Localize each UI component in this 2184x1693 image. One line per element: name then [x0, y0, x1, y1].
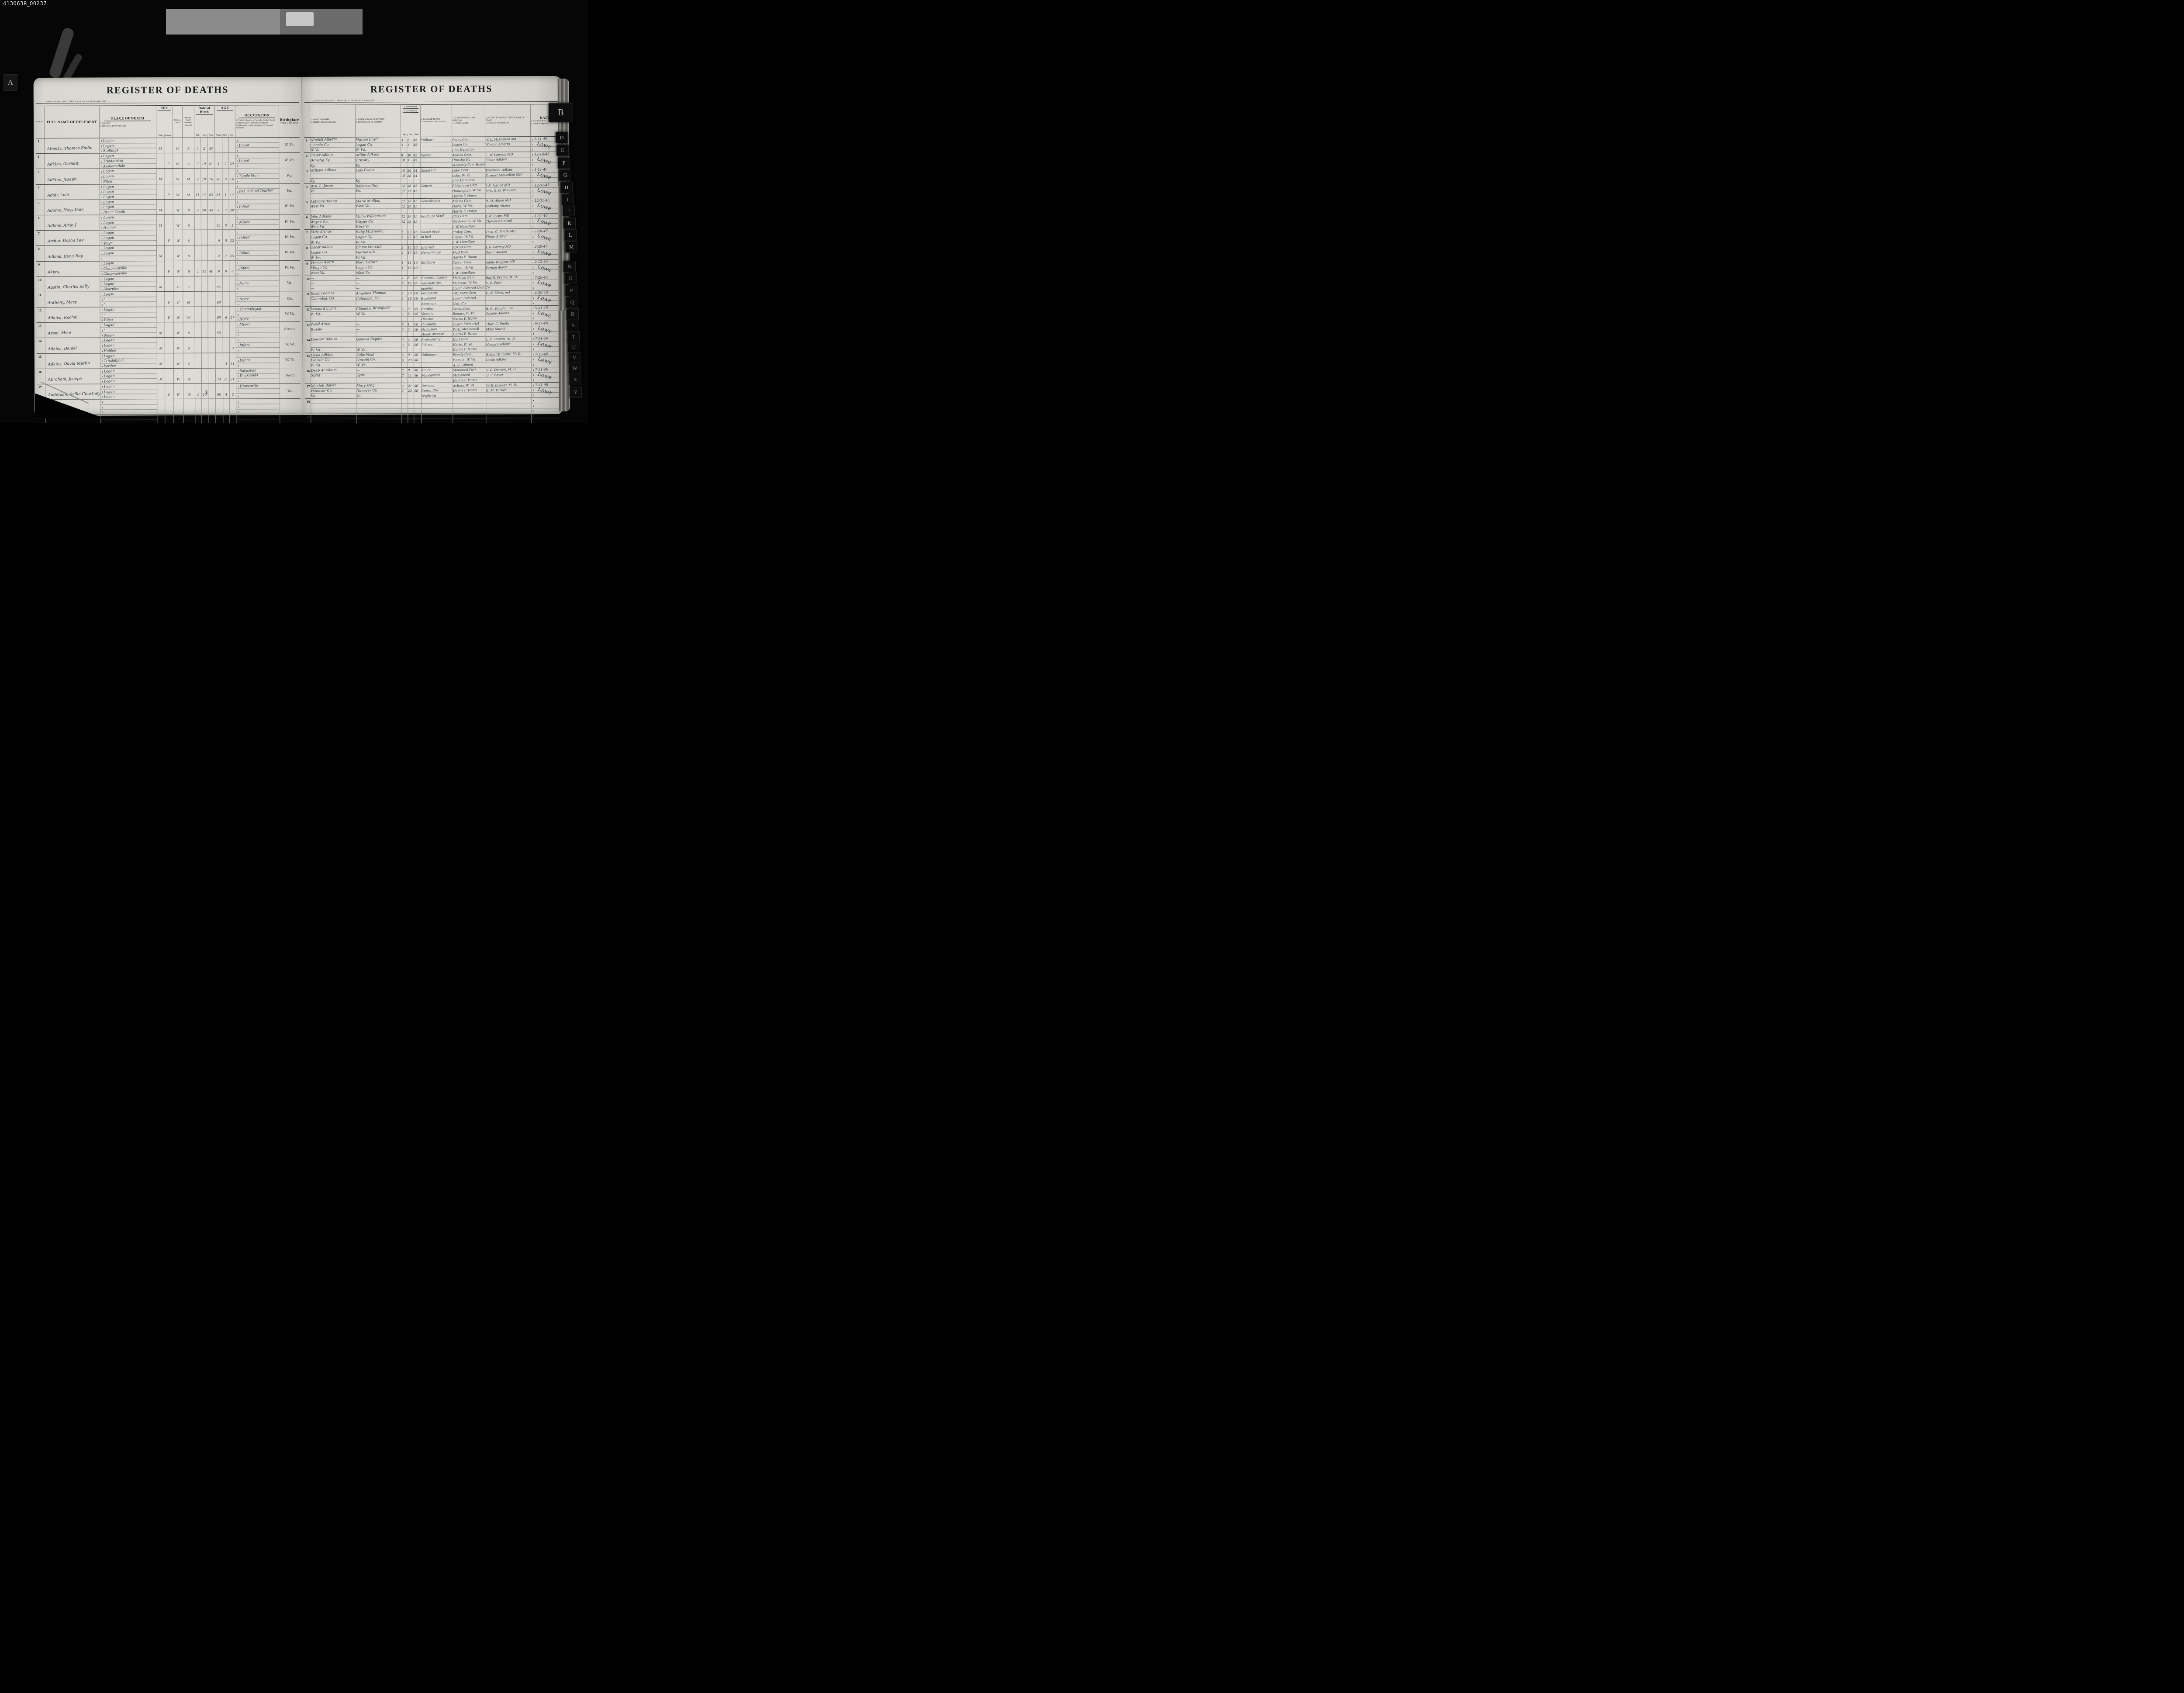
cell-marital: W: [183, 384, 195, 399]
cell-mother: [356, 414, 402, 423]
ruled-line: 14-29-46: [531, 290, 560, 296]
ruled-line: Coma, Chr.: [422, 388, 453, 394]
sex-value: F: [168, 301, 170, 304]
ruled-line: [402, 404, 408, 409]
decedent-name: Austin, Charles Sally: [48, 285, 90, 290]
birthplace-value: W. Va.: [284, 235, 295, 239]
ruled-line: 1Logan: [100, 138, 156, 143]
cell-date-day: 2628: [407, 168, 413, 183]
ruled-line: [402, 317, 408, 321]
line-marker: 2: [531, 236, 535, 239]
cell-date-year: 4646: [414, 229, 421, 244]
cell-decedent-name: Adkins, Garnett: [45, 154, 100, 169]
cell-physician-informant: W. E. Brewer, M. D.R. M. Parker: [486, 383, 532, 398]
ruled-line: 2Infant: [236, 235, 279, 240]
cell-mother-text: Angeline Thomas: [356, 291, 386, 296]
cell-place-of-death-text: Logan: [104, 282, 114, 287]
ruled-line: 6: [408, 276, 413, 281]
ruled-line: [486, 414, 531, 419]
ruled-line: Mrs. G. D. Woolard: [486, 188, 531, 193]
ruled-line: 3: [532, 316, 560, 321]
ruled-line: 46: [414, 383, 421, 388]
ruled-line: 23: [408, 388, 414, 394]
marital-value: S: [187, 255, 190, 258]
cell-cause-of-death-text: Found dead: [421, 230, 440, 234]
cell-date-year-text: 45: [413, 138, 417, 142]
cell-date-filed: Lowe14-29-4623: [531, 290, 560, 305]
color-value: W: [176, 208, 180, 212]
cell-date-year-text: 46: [414, 235, 418, 239]
ruled-line: [401, 270, 407, 275]
ruled-line: —: [311, 276, 356, 281]
row-number: 15: [305, 353, 311, 368]
cell-date-day: 23: [407, 137, 413, 152]
ruled-line: [402, 398, 408, 404]
cell-date-mth: 1212: [401, 199, 408, 214]
cell-sex-female: [165, 415, 174, 423]
cell-marital: M: [183, 184, 194, 199]
cell-date-mth-text: 7: [402, 389, 404, 393]
cell-place-of-death-text: Logan: [104, 323, 114, 328]
cell-color-race: W: [173, 307, 183, 322]
cell-age-mth: 4: [223, 353, 230, 368]
cell-mother: Mary KingHanover Co.Va.: [356, 383, 402, 398]
cell-mother: —Syria: [356, 368, 402, 383]
cell-physician-informant-text: Caudle Adkins: [486, 311, 509, 316]
cell-birthplace: W. Va.: [279, 138, 300, 152]
index-tab-I: I: [562, 194, 574, 205]
line-marker: 1: [100, 325, 104, 328]
cell-father-text: West Va.: [310, 204, 325, 209]
line-marker: 2: [531, 267, 535, 269]
ruled-line: 2: [532, 342, 560, 347]
cell-father-text: Anthony Adams: [310, 199, 337, 204]
cell-mother-text: Verdunville,: [356, 250, 377, 255]
cell-decedent-name: Adkins, Dona Ray: [45, 246, 100, 261]
cell-mother: Lois EvansKy.: [356, 168, 401, 183]
ruled-line: 11: [408, 373, 414, 378]
cell-age-mth: 0: [223, 261, 229, 276]
cell-place-of-death-text: Logan: [103, 139, 114, 143]
cell-occupation: 12Infant3: [236, 338, 280, 353]
line-marker: 1: [531, 139, 534, 142]
ruled-line: [408, 209, 413, 214]
cell-date-year: 4646: [414, 383, 422, 398]
line-marker: 3: [531, 165, 534, 167]
ruled-line: [414, 378, 421, 383]
cell-physician-informant: [486, 414, 532, 423]
cell-marital: S: [183, 245, 195, 260]
ruled-line: 1Logan: [100, 153, 156, 159]
date-subrow: MthDayYear: [401, 134, 420, 136]
line-marker: 1: [236, 201, 239, 204]
cell-father-text: West Va.: [311, 225, 325, 229]
ruled-line: [414, 398, 421, 404]
cell-physician-informant: H. H. Alden MDAnthony Adams: [486, 198, 531, 214]
ruled-line: Anthony Adams: [311, 199, 356, 204]
ruled-line: 3: [532, 332, 560, 336]
line-marker: 3: [100, 228, 104, 230]
ruled-line: 2: [100, 420, 157, 423]
cell-date-filed: Lowe112-14-4523: [531, 152, 559, 167]
ruled-line: 3: [100, 256, 156, 261]
cell-place-of-burial-text: Ormsby, Ky.: [452, 158, 471, 162]
cell-decedent-name: Arom, Mike: [45, 323, 100, 338]
ruled-line: 3: [236, 348, 280, 352]
ruled-line: 45: [413, 183, 420, 189]
cell-marital: S: [183, 215, 195, 230]
cell-birthplace: W. Va.: [280, 214, 300, 229]
ruled-line: 2: [236, 419, 280, 423]
sex-value: M: [159, 224, 162, 228]
cell-marital: S: [183, 353, 195, 368]
ruled-line: 2: [531, 219, 560, 224]
sex-value: M: [159, 332, 162, 335]
line-marker: 1: [531, 277, 535, 280]
cell-date-day-text: 5: [408, 308, 410, 311]
ruled-line: West Va.: [311, 225, 356, 229]
ruled-line: 6: [402, 327, 408, 332]
cell-age-years: [216, 338, 223, 352]
cell-mother-text: Mary King: [356, 384, 375, 388]
row-number: 7: [36, 231, 45, 245]
cell-mother: Nora CarterLogan Co.West Va.: [356, 260, 401, 276]
cell-place-of-burial: Hart Cem.Harts, W. Va.Harris F. Home: [453, 337, 486, 352]
ruled-line: Verdunville,: [356, 250, 401, 255]
line-marker: 3: [236, 211, 239, 214]
row-number: 15: [37, 354, 45, 369]
cell-place-of-death-text: Logan: [103, 246, 114, 251]
line-marker: 2: [235, 176, 239, 178]
ruled-line: Marion Boyd: [356, 137, 401, 142]
cell-occupation-text: Infant: [239, 266, 249, 271]
marital-value: S: [188, 362, 190, 366]
line-marker: 1: [236, 217, 239, 219]
cell-dob-mth: [195, 353, 202, 368]
ruled-line: 23: [408, 357, 414, 363]
ruled-line: 3Pardee: [100, 363, 157, 368]
ruled-line: 10: [401, 158, 407, 163]
cell-date-mth: 1212: [401, 214, 408, 229]
cell-father-text: W. Va.: [310, 149, 321, 153]
col-sex: SEXMaleFemale: [156, 105, 173, 138]
ruled-line: [408, 301, 413, 306]
cell-physician-informant-text: E. N. Mass, md: [486, 291, 510, 295]
age-value: 68: [217, 301, 221, 304]
cell-occupation: 12Ret. School Teacher3: [235, 184, 279, 199]
ruled-line: Logan Memorial: [453, 321, 486, 327]
cell-color-race: W: [174, 338, 183, 352]
cell-color-race: W: [173, 245, 183, 260]
cell-date-day-text: 20: [408, 215, 411, 218]
decedent-name: Adkins, Dona Ray: [48, 254, 83, 260]
line-marker: 3: [100, 366, 104, 368]
line-marker: 3: [531, 303, 535, 305]
scan-id-label: 4130638_00237: [3, 0, 47, 7]
ruled-line: W. Va.: [311, 363, 356, 368]
cell-birthplace: W. Va.: [280, 245, 300, 260]
ruled-line: [356, 209, 401, 214]
ruled-line: 2Miner: [236, 220, 279, 225]
ruled-line: 15: [408, 280, 413, 286]
ruled-line: 46: [414, 245, 421, 250]
cell-dob-year: 76: [207, 169, 215, 183]
cell-cause-of-death-text: Convulsions: [421, 199, 440, 204]
line-marker: 3: [235, 181, 239, 183]
register-row: 10Austin, Charles Sally1Logan2Logan3Shar…: [36, 276, 300, 292]
ruled-line: 46: [414, 229, 421, 235]
ruled-line: 12: [401, 183, 407, 189]
line-marker: 3: [236, 335, 240, 337]
cell-occupation-text: Infant: [239, 343, 250, 348]
ruled-line: [486, 418, 531, 423]
line-marker: 1: [236, 355, 240, 358]
ruled-line: 2Ret. School Teacher: [236, 189, 279, 194]
cell-date-year-text: 46: [414, 266, 418, 270]
cell-father-text: Wm. L. Jason: [310, 184, 333, 188]
ruled-line: Logan Co.: [311, 250, 356, 256]
ruled-line: [401, 286, 407, 290]
register-row: 4Adair, Lula1Logan2Logan3LoganFWM1114836…: [36, 184, 300, 200]
ruled-line: [402, 363, 408, 367]
ruled-line: Emma Marcum: [356, 245, 401, 250]
cell-cause-of-death-text: Coronary: [421, 322, 436, 326]
cell-date-mth-text: 6: [402, 353, 404, 357]
ruled-line: Occlusion: [422, 327, 453, 332]
ruled-line: [408, 240, 413, 245]
age-value: 2: [232, 393, 234, 396]
ruled-line: [486, 301, 531, 305]
cell-mother-text: Zulie Neal: [356, 353, 374, 357]
age-value: 22: [230, 239, 234, 242]
ruled-line: 3: [401, 142, 407, 148]
line-marker: 1: [100, 140, 103, 143]
cell-place-of-death: 1Logan2”3Slagle: [100, 322, 157, 338]
cell-dob-mth: 2: [194, 169, 201, 183]
label: PLACE OF DEATH: [104, 116, 151, 121]
ruled-line: 6: [402, 321, 408, 327]
ruled-line: Windell Alberts: [310, 138, 355, 143]
ruled-line: 2: [236, 389, 280, 394]
cell-date-filed: Lowe17-31-4623: [532, 383, 560, 397]
cell-dob-mth: [195, 415, 202, 423]
cell-dob-mth: 7: [194, 153, 201, 168]
line-marker: 1: [235, 171, 239, 173]
cell-date-day-text: 23: [408, 230, 411, 234]
ruled-line: 46: [414, 373, 421, 378]
age-value: 2: [225, 162, 227, 166]
cell-occupation-text: Infant: [239, 251, 249, 256]
cell-date-filed: Lowe12-28-4623: [531, 229, 560, 244]
ruled-line: Va.: [311, 394, 356, 398]
birthplace-value: W. Va.: [284, 250, 295, 255]
cell-mother-text: Syria: [356, 373, 366, 377]
ruled-line: 3: [235, 179, 279, 183]
ruled-line: Ruby McKinney: [356, 229, 401, 235]
dob-value: 4: [197, 208, 199, 212]
label: Day: [407, 134, 413, 136]
row-number: 14: [37, 338, 45, 353]
ruled-line: [401, 163, 407, 168]
cell-sex-male: [157, 415, 165, 423]
cell-date-year-text: 44: [413, 169, 417, 173]
cell-father: William AdkinsKy.: [310, 168, 356, 183]
cell-date-mth-text: 12: [401, 215, 405, 218]
ruled-line: [414, 347, 421, 352]
cell-decedent-name: Adkins, David Merlin: [45, 353, 100, 369]
cell-dob-day: [202, 399, 208, 414]
cell-date-mth: 33: [401, 291, 408, 306]
cell-date-year-text: 46: [414, 374, 418, 377]
ruled-line: Wasil Arom: [311, 322, 356, 327]
label: Mth.: [195, 135, 201, 137]
cell-date-year: 4646: [414, 306, 421, 321]
line-marker: 1: [532, 385, 535, 387]
ruled-line: 26: [407, 168, 413, 173]
cell-date-mth-text: 3: [402, 343, 404, 347]
ruled-line: Ky.: [310, 178, 355, 183]
cell-age-day: [229, 276, 236, 291]
ruled-line: Clarence Hensel: [486, 219, 531, 224]
cell-father-text: Ky.: [310, 179, 315, 183]
ruled-line: Anthony Adams: [486, 204, 531, 209]
sex-value: m: [159, 286, 162, 289]
ruled-line: [401, 209, 407, 214]
line-marker: 2: [531, 282, 535, 285]
cell-date-filed: Lowe112-31-4523: [531, 183, 559, 197]
cell-color-race: W: [173, 230, 183, 245]
ruled-line: [422, 347, 453, 352]
ruled-line: West Va.: [356, 204, 401, 209]
cell-place-of-burial-text: Asbury, W. Va.: [453, 384, 475, 388]
ruled-line: Climenia Brumfield: [356, 306, 401, 311]
ruled-line: 2Logan: [100, 205, 156, 210]
line-marker: 1: [236, 386, 240, 388]
birthplace-value: Va.: [287, 389, 293, 393]
ruled-line: 3: [531, 193, 560, 198]
cell-father: Windell AlbertsLincoln Co.W. Va.: [310, 138, 356, 153]
ruled-line: —: [356, 368, 401, 373]
ruled-line: 1: [401, 235, 407, 240]
cell-father-text: Ormsby, Ky.: [310, 158, 330, 162]
ruled-line: [413, 163, 420, 168]
label: Color or Race: [173, 119, 182, 124]
cell-mother-text: W. Va.: [356, 148, 366, 152]
cell-sex-female: [165, 276, 173, 291]
ruled-line: [486, 377, 531, 382]
cell-place-of-burial-text: Harris F. Home: [453, 378, 477, 383]
line-marker: 1: [236, 340, 240, 342]
ruled-line: 2: [236, 312, 280, 317]
ruled-line: 3: [100, 410, 157, 415]
ruled-line: [356, 332, 401, 337]
marital-value: W: [187, 393, 191, 397]
color-value: W: [176, 162, 180, 166]
ruled-line: 2Logan: [100, 374, 157, 379]
cell-place-of-burial: Adams Cem.Harts, W. Va.Harris F. Home: [453, 198, 486, 213]
cell-date-filed: Lowe17-28-4623: [531, 275, 560, 290]
cell-mother-text: Ky.: [356, 179, 360, 183]
age-value: 1: [218, 208, 220, 212]
cell-occupation-text: Dry Goods: [239, 374, 258, 378]
cell-sex-male: [157, 384, 165, 399]
cell-cause-of-death-text: Nephritis: [422, 394, 437, 398]
register-row: 1Alberts, Thomas Eddie1Logan2Logan3Stoll…: [36, 138, 300, 154]
cell-father-text: —: [311, 287, 314, 291]
cell-place-of-burial-text: Madison, W. Va.: [453, 281, 478, 285]
ruled-line: 46: [414, 250, 421, 255]
ruled-line: 3Ethel: [100, 179, 156, 184]
ruled-line: Harts, W. Va.: [453, 204, 485, 209]
label: OCCUPATION: [239, 113, 275, 118]
cell-dob-day: [202, 415, 208, 423]
cell-physician-informant-text: Earnest McClellan MD: [485, 173, 522, 178]
cell-father-text: Va.: [310, 190, 315, 193]
cell-date-year: 4545: [414, 276, 421, 290]
line-marker: 1: [100, 187, 104, 189]
cell-physician-informant-text: Clarence Hensel: [486, 219, 512, 224]
ruled-line: [402, 419, 408, 423]
label: SEX: [158, 106, 171, 111]
line-marker: 3: [531, 149, 534, 152]
index-tab-P: P: [565, 285, 577, 296]
cell-age-years: 55: [216, 322, 223, 337]
ruled-line: 1: [236, 214, 279, 220]
ruled-line: 2”: [100, 312, 157, 318]
cell-age-mth: [222, 138, 229, 153]
cell-date-filed: Lowe17-31-4623: [532, 336, 560, 351]
cell-occupation: 12Tipple Man3: [235, 169, 279, 184]
cell-mother: ———: [356, 276, 401, 291]
ruled-line: Gangrene: [421, 168, 452, 173]
line-marker: 2: [236, 422, 240, 423]
ruled-line: 3: [236, 194, 279, 199]
cell-physician-informant: Addie Dingess MDVernon Akers: [486, 260, 531, 275]
cell-place-of-death-text: Sharples: [104, 287, 119, 292]
cell-place-of-burial-text: Adkins Cem.: [452, 153, 472, 157]
ruled-line: 17-31-46: [532, 367, 560, 373]
cell-date-mth: 11: [401, 260, 408, 275]
cell-physician-informant-text: Anthony Adams: [485, 204, 510, 208]
cell-age-mth: 0: [223, 230, 229, 245]
cell-place-of-burial: Lake Cem.Lake, W. Va.J. W. Hamilton: [452, 168, 485, 183]
line-marker: 3: [100, 258, 104, 261]
cell-sex-male: M: [156, 169, 164, 183]
register-row: 2Adkins, Garnett1Logan2Triadelphia3Amher…: [36, 153, 300, 169]
cell-mother-text: Columbia, Ga.: [356, 296, 380, 301]
cell-place-of-burial-text: Ranger, W. Va.: [453, 311, 476, 316]
line-marker: 2: [100, 207, 104, 210]
cell-age-mth: 2: [222, 153, 229, 168]
cell-birthplace: Va.: [280, 384, 301, 398]
cell-date-filed: Lowe12-12-4623: [531, 259, 560, 274]
microfilm-frame: 4130638_00237 REGISTER OF DEATHS CASTO &…: [0, 0, 588, 423]
ruled-line: 1: [236, 245, 279, 250]
ruled-line: [486, 408, 531, 413]
cell-place-of-death-text: Peach Creek: [103, 210, 125, 214]
ruled-line: Geneva Rogers: [356, 337, 401, 342]
cell-place-of-burial-text: Adams Cem.: [452, 199, 472, 204]
register-book-spread: REGISTER OF DEATHS CASTO & HARRIS INC., …: [34, 76, 563, 421]
cell-cause-of-death: Euremic, Cardiovascular Dis.anemia: [421, 275, 453, 290]
ruled-line: 3: [236, 225, 279, 230]
cell-place-of-burial-text: J. W. Hamilton: [453, 240, 475, 244]
label: 2. CONTRIBUTORY CAUSE: [421, 121, 451, 123]
ruled-line: 2Logan: [100, 235, 156, 241]
cell-date-year-text: 45: [413, 143, 417, 147]
cell-date-mth-text: 7: [401, 276, 404, 280]
ruled-line: [408, 363, 414, 367]
